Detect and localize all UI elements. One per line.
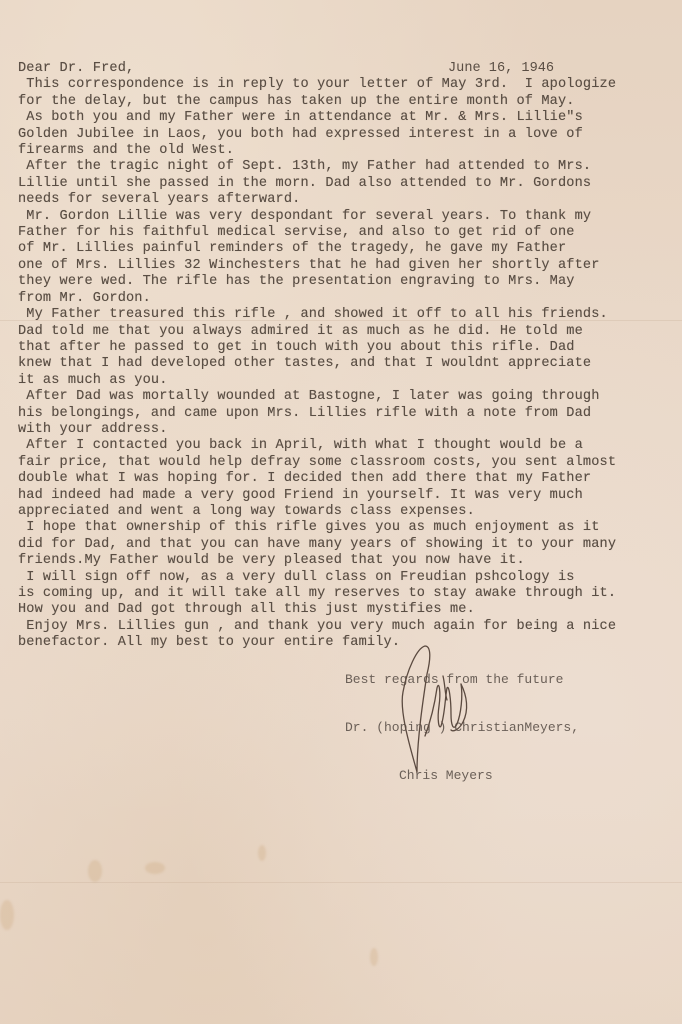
letter-line: After the tragic night of Sept. 13th, my… (18, 159, 668, 175)
age-stain (0, 900, 14, 930)
letter-line: Golden Jubilee in Laos, you both had exp… (18, 127, 668, 143)
age-stain (145, 862, 165, 874)
letter-line: friends.My Father would be very pleased … (18, 553, 668, 569)
letter-line: Father for his faithful medical servise,… (18, 225, 668, 241)
handwritten-signature-icon (395, 640, 505, 780)
letter-line: firearms and the old West. (18, 143, 668, 159)
salutation: Dear Dr. Fred, (18, 61, 668, 77)
letter-line: had indeed had made a very good Friend i… (18, 488, 668, 504)
letter-line: fair price, that would help defray some … (18, 455, 668, 471)
letter-line: one of Mrs. Lillies 32 Winchesters that … (18, 258, 668, 274)
letter-line: double what I was hoping for. I decided … (18, 471, 668, 487)
letter-line: from Mr. Gordon. (18, 291, 668, 307)
letter-line: did for Dad, and that you can have many … (18, 537, 668, 553)
age-stain (370, 948, 378, 966)
letter-line: I will sign off now, as a very dull clas… (18, 570, 668, 586)
letter-line: for the delay, but the campus has taken … (18, 94, 668, 110)
letter-line: Enjoy Mrs. Lillies gun , and thank you v… (18, 619, 668, 635)
letter-line: that after he passed to get in touch wit… (18, 340, 668, 356)
letter-line: After I contacted you back in April, wit… (18, 438, 668, 454)
letter-line: with your address. (18, 422, 668, 438)
letter-line: Lillie until she passed in the morn. Dad… (18, 176, 668, 192)
age-stain (88, 860, 102, 882)
letter-paragraphs: This correspondence is in reply to your … (18, 77, 668, 651)
letter-line: My Father treasured this rifle , and sho… (18, 307, 668, 323)
letter-line: of Mr. Lillies painful reminders of the … (18, 241, 668, 257)
letter-line: This correspondence is in reply to your … (18, 77, 668, 93)
letter-line: As both you and my Father were in attend… (18, 110, 668, 126)
letter-body: Dear Dr. Fred, This correspondence is in… (18, 61, 668, 652)
paper-fold-line (0, 882, 682, 883)
letter-line: I hope that ownership of this rifle give… (18, 520, 668, 536)
letter-line: it as much as you. (18, 373, 668, 389)
letter-line: they were wed. The rifle has the present… (18, 274, 668, 290)
letter-line: appreciated and went a long way towards … (18, 504, 668, 520)
letter-line: How you and Dad got through all this jus… (18, 602, 668, 618)
letter-line: his belongings, and came upon Mrs. Lilli… (18, 406, 668, 422)
letter-line: is coming up, and it will take all my re… (18, 586, 668, 602)
age-stain (258, 845, 266, 861)
letter-line: needs for several years afterward. (18, 192, 668, 208)
letter-line: knew that I had developed other tastes, … (18, 356, 668, 372)
letter-line: Dad told me that you always admired it a… (18, 324, 668, 340)
letter-line: After Dad was mortally wounded at Bastog… (18, 389, 668, 405)
letter-line: Mr. Gordon Lillie was very despondant fo… (18, 209, 668, 225)
